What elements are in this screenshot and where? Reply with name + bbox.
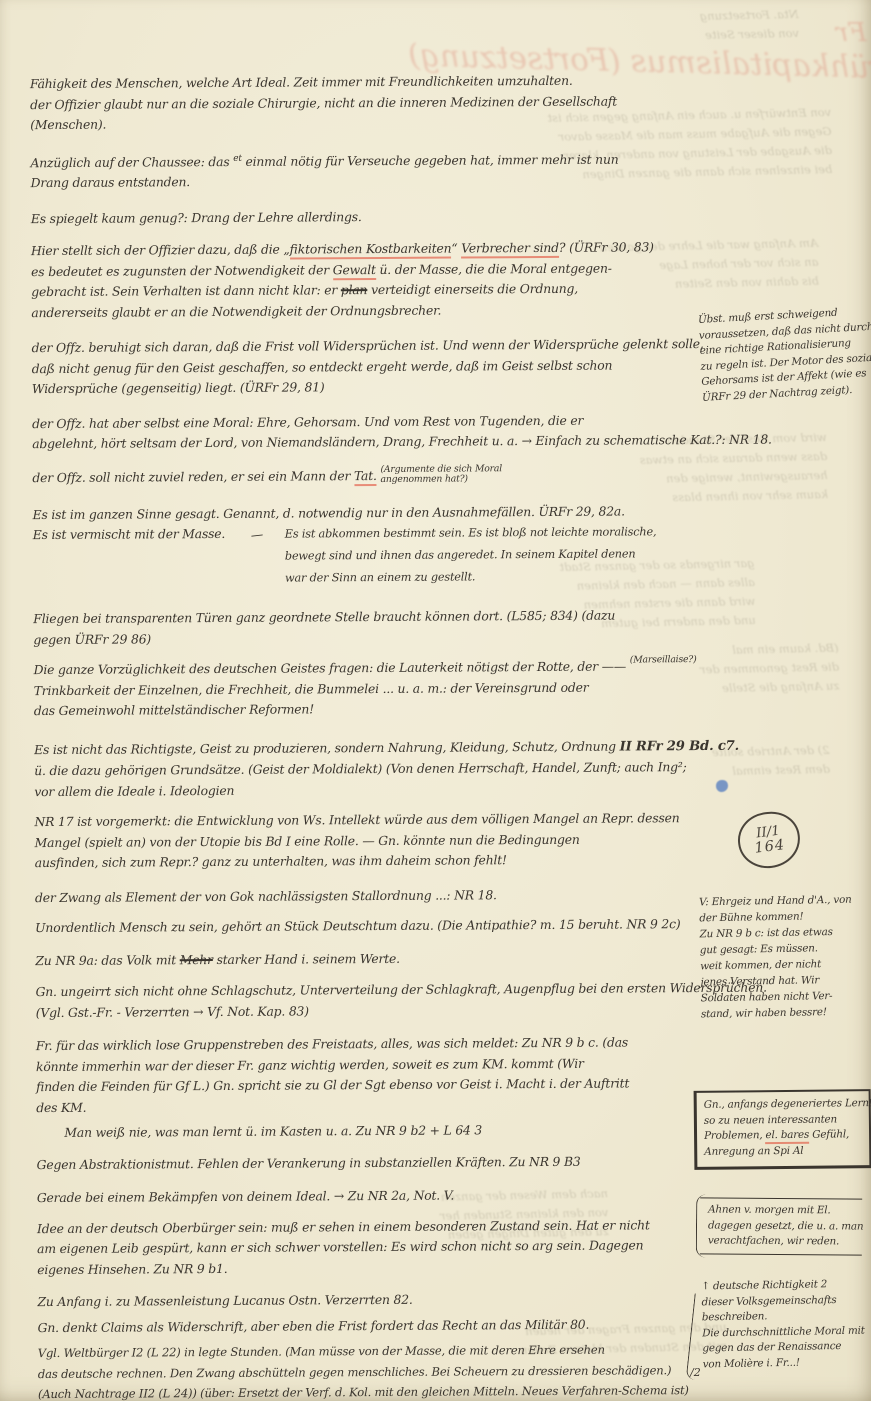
handwritten-line: abgelehnt, hört seltsam der Lord, von Ni…	[32, 430, 722, 455]
handwritten-line: Widersprüche (gegenseitig) liegt. (ÜRFr …	[32, 375, 722, 400]
handwritten-line: (Auch Nachtrage II2 (L 24)) (über: Erset…	[38, 1380, 728, 1401]
stamp-page-number: 164	[754, 837, 786, 857]
split-row: Es ist vermischt mit der Masse.—Es ist a…	[33, 521, 723, 591]
handwritten-line: Drang daraus entstanden.	[31, 169, 721, 194]
handwritten-line: Zu Anfang i. zu Massenleistung Lucanus O…	[37, 1288, 727, 1313]
handwritten-line: Zu NR 9a: das Volk mit Mehr starker Hand…	[35, 947, 725, 972]
handwritten-line: Es spiegelt kaum genug?: Drang der Lehre…	[31, 205, 721, 230]
paragraph: der Offz. hat aber selbst eine Moral: Eh…	[32, 410, 722, 455]
bleedthrough-text: Nta. Fortsetzungvon dieser Seite	[700, 5, 800, 45]
handwritten-line: vor allem die Ideale i. Ideologien	[34, 778, 724, 803]
handwritten-line: Soldaten haben nicht Ver-	[701, 988, 854, 1007]
handwritten-line: Die ganze Vorzüglichkeit des deutschen G…	[34, 656, 724, 681]
handwritten-line: andererseits glaubt er an die Notwendigk…	[31, 299, 721, 324]
handwritten-body: Fähigkeit des Menschen, welche Art Ideal…	[30, 70, 728, 1401]
handwritten-line: von Molière i. Fr...!	[703, 1354, 866, 1372]
paragraph: Es spiegelt kaum genug?: Drang der Lehre…	[31, 205, 721, 230]
handwritten-line: Gerade bei einem Bekämpfen von deinem Id…	[37, 1184, 727, 1209]
paragraph: der Offz. beruhigt sich daran, daß die F…	[32, 334, 722, 400]
handwritten-line: ausfinden, sich zum Repr.? ganz zu unter…	[35, 849, 725, 874]
paragraph: Gegen Abstraktionistmut. Fehlen der Vera…	[37, 1151, 727, 1176]
handwritten-line: Ahnen v. morgen mit El.	[708, 1202, 860, 1219]
connector-dash: —	[250, 522, 286, 546]
handwritten-line: V: Ehrgeiz und Hand d'A., von	[699, 892, 852, 911]
handwritten-line: der Offizier glaubt nur an die soziale C…	[30, 90, 720, 115]
inserted-note-block: Es ist abkommen bestimmt sein. Es ist bl…	[285, 521, 657, 589]
handwritten-line: Problemen, el. bares Gefühl,	[704, 1127, 862, 1144]
handwritten-line: Fr. für das wirklich lose Gruppenstreben…	[36, 1032, 726, 1057]
bleedthrough-line: von dieser Seite	[700, 24, 799, 45]
paragraph: NR 17 ist vorgemerkt: die Entwicklung vo…	[34, 808, 724, 874]
paragraph: der Zwang als Element der von Gok nachlä…	[35, 884, 725, 909]
handwritten-line: des KM.	[36, 1094, 726, 1119]
paragraph: Man weiß nie, was man lernt ü. im Kasten…	[64, 1119, 726, 1144]
paragraph: Es ist nicht das Richtigste, Geist zu pr…	[34, 736, 724, 803]
handwritten-line: Gn. ungeirrt sich nicht ohne Schlagschut…	[35, 978, 725, 1003]
handwritten-line: NR 17 ist vorgemerkt: die Entwicklung vo…	[34, 808, 724, 833]
paragraph: Fliegen bei transparenten Türen ganz geo…	[33, 605, 723, 650]
handwritten-line: Anregung an Spi Al	[704, 1143, 862, 1160]
paragraph: Idee an der deutsch Oberbürger sein: muß…	[37, 1215, 727, 1281]
handwritten-line: bewegt sind und ihnen das angeredet. In …	[285, 543, 657, 567]
margin-note-mn4: V: Ehrgeiz und Hand d'A., vonder Bühne k…	[699, 892, 854, 1023]
handwritten-line: so zu neuen interessanten	[704, 1112, 862, 1129]
handwritten-line: der Offz. soll nicht zuviel reden, er se…	[32, 464, 722, 489]
handwritten-line: Gn. denkt Claims als Widerschrift, aber …	[38, 1314, 728, 1339]
handwritten-line: Man weiß nie, was man lernt ü. im Kasten…	[64, 1119, 726, 1144]
handwritten-line: Unordentlich Mensch zu sein, gehört an S…	[35, 914, 725, 939]
margin-mark: /2	[690, 1366, 701, 1379]
ink-blot	[716, 780, 728, 792]
margin-note-mn5: Gn., anfangs degeneriertes Lernteso zu n…	[694, 1089, 871, 1170]
paragraph: Anzüglich auf der Chaussee: das et einma…	[30, 145, 720, 193]
paragraph: Es ist im ganzen Sinne gesagt. Genannt, …	[33, 501, 724, 592]
paragraph: Vgl. Weltbürger I2 (L 22) in legte Stund…	[38, 1339, 728, 1401]
handwritten-line: Anzüglich auf der Chaussee: das et einma…	[30, 145, 720, 173]
bleedthrough-line: dem Rest einmal	[712, 760, 830, 781]
paragraph: Unordentlich Mensch zu sein, gehört an S…	[35, 914, 725, 939]
handwritten-line: Gegen Abstraktionistmut. Fehlen der Vera…	[37, 1151, 727, 1176]
handwritten-line: der Offz. beruhigt sich daran, daß die F…	[32, 334, 722, 359]
handwritten-line: Gn., anfangs degeneriertes Lernte	[704, 1096, 862, 1113]
manuscript-page: Frühkapitalismus (Fortsetzung) Fr Nta. F…	[0, 0, 871, 1401]
bleedthrough-line: Nta. Fortsetzung	[700, 5, 799, 26]
handwritten-line: dagegen gesetzt, die u. a. man	[708, 1218, 860, 1235]
margin-note-mn6: Ahnen v. morgen mit El.dagegen gesetzt, …	[700, 1197, 862, 1255]
handwritten-line: ü. die dazu gehörigen Grundsätze. (Geist…	[34, 757, 724, 782]
handwritten-line: (Vgl. Gst.-Fr. - Verzerrten → Vf. Not. K…	[36, 999, 726, 1024]
handwritten-line: gegen das der Renaissance	[702, 1339, 865, 1357]
margin-note-mn1: Übst. muß erst schweigendvoraussetzen, d…	[698, 303, 871, 406]
handwritten-line: (Menschen).	[30, 111, 720, 136]
handwritten-line: der Zwang als Element der von Gok nachlä…	[35, 884, 725, 909]
handwritten-line: war der Sinn an einem zu gestellt.	[285, 565, 657, 589]
handwritten-line: das Gemeinwohl mittelständischer Reforme…	[34, 697, 724, 722]
paragraph: Gn. denkt Claims als Widerschrift, aber …	[38, 1314, 728, 1339]
handwritten-line: am eigenen Leib gespürt, kann er sich sc…	[37, 1235, 727, 1260]
handwritten-line: verachtfachen, wir reden.	[708, 1233, 860, 1250]
handwritten-line: eigenes Hinsehen. Zu NR 9 b1.	[37, 1256, 727, 1281]
paragraph: Zu Anfang i. zu Massenleistung Lucanus O…	[37, 1288, 727, 1313]
handwritten-line: gegen ÜRFr 29 86)	[33, 626, 723, 651]
handwritten-line: Es ist vermischt mit der Masse.	[33, 524, 251, 546]
paragraph: Die ganze Vorzüglichkeit des deutschen G…	[34, 656, 724, 722]
bleedthrough-corner: Fr	[836, 18, 866, 48]
handwritten-line: stand, wir haben bessre!	[701, 1004, 854, 1023]
paragraph: Fr. für das wirklich lose Gruppenstreben…	[36, 1032, 726, 1118]
handwritten-line: Es ist abkommen bestimmt sein. Es ist bl…	[285, 521, 657, 545]
paragraph: Fähigkeit des Menschen, welche Art Ideal…	[30, 70, 720, 136]
page-number-stamp: II/1 164	[735, 808, 803, 871]
paragraph: Hier stellt sich der Offizier dazu, daß …	[31, 237, 721, 323]
paragraph: der Offz. soll nicht zuviel reden, er se…	[32, 464, 722, 489]
margin-note-mn7: ↑ deutsche Richtigkeit 2dieser Volksgeme…	[701, 1277, 865, 1373]
handwritten-line: finden die Feinden für Gf L.) Gn. sprich…	[36, 1073, 726, 1098]
paragraph: Zu NR 9a: das Volk mit Mehr starker Hand…	[35, 947, 725, 972]
handwritten-line: Zu NR 9 b c: ist das etwas	[699, 924, 852, 943]
handwritten-line: Hier stellt sich der Offizier dazu, daß …	[31, 237, 721, 262]
paragraph: Gerade bei einem Bekämpfen von deinem Id…	[37, 1184, 727, 1209]
paragraph: Gn. ungeirrt sich nicht ohne Schlagschut…	[35, 978, 725, 1023]
